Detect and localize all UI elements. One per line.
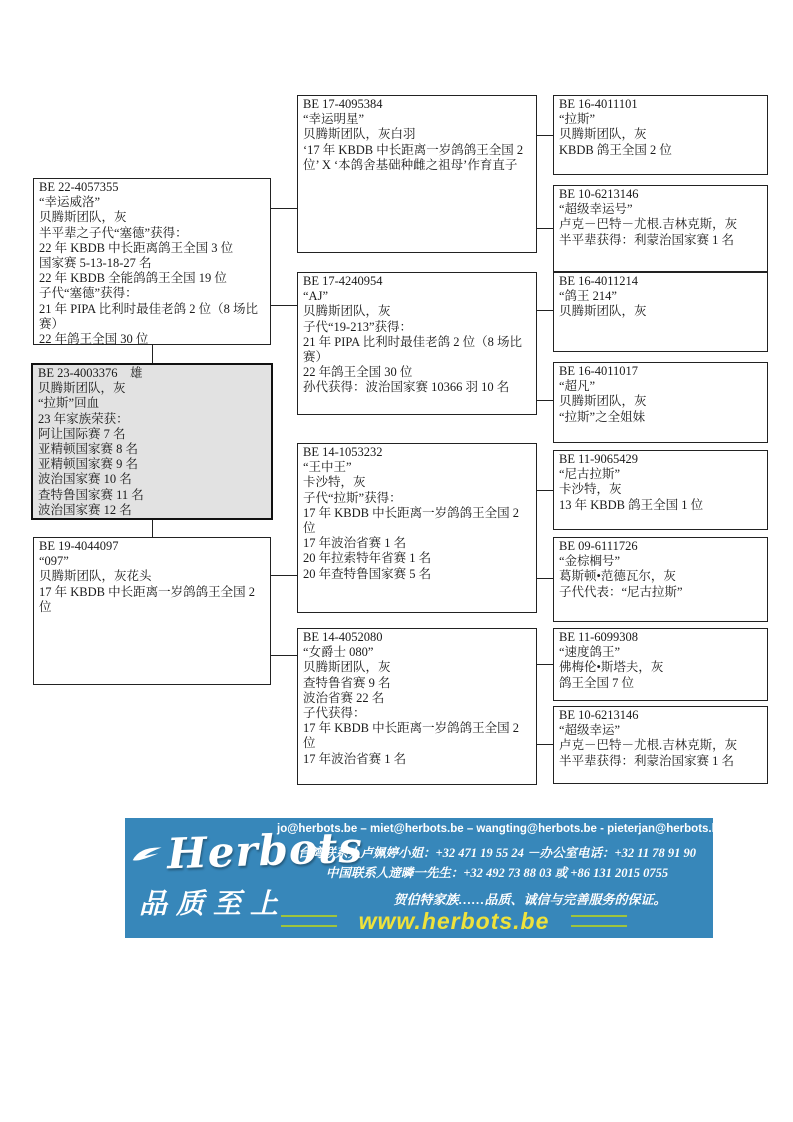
pedigree-text-line: BE 10-6213146: [559, 187, 763, 202]
pedigree-text-line: 20 年拉索特年省赛 1 名: [303, 551, 532, 566]
pedigree-box-paternal-grandfather: BE 17-4095384“幸运明星”贝腾斯团队，灰白羽‘17 年 KBDB 中…: [297, 95, 537, 253]
connector-hline: [537, 228, 553, 229]
website-row: www.herbots.be: [265, 908, 643, 934]
pedigree-text-line: 13 年 KBDB 鸽王全国 1 位: [559, 498, 763, 513]
pedigree-text-line: 波治省赛 22 名: [303, 691, 532, 706]
pedigree-text-line: “尼古拉斯”: [559, 467, 763, 482]
pedigree-text-line: 20 年查特鲁国家赛 5 名: [303, 567, 532, 582]
pedigree-text-line: 17 年 KBDB 中长距离一岁鸽鸽王全国 2 位: [303, 506, 532, 536]
pedigree-text-line: 17 年波治省赛 1 名: [303, 752, 532, 767]
pedigree-box-great-grandparent-6: BE 09-6111726“金棕榈号”葛斯顿•范德瓦尔，灰子代代表：“尼古拉斯”: [553, 537, 768, 622]
taiwan-contact-line: 台湾联系人卢姵婷小姐：+32 471 19 55 24 －办公室电话：+32 1…: [285, 843, 709, 861]
connector-hline: [537, 744, 553, 745]
pedigree-text-line: 贝腾斯团队，灰: [39, 210, 266, 225]
pedigree-text-line: 半平辈获得：利蒙治国家赛 1 名: [559, 233, 763, 248]
pedigree-text-line: “女爵士 080”: [303, 645, 532, 660]
pedigree-text-line: 21 年 PIPA 比利时最佳老鸽 2 位（8 场比赛）: [303, 335, 532, 365]
family-slogan: 贺伯特家族……品质、诚信与完善服务的保证。: [355, 889, 705, 908]
pedigree-text-line: 子代“拉斯”获得：: [303, 491, 532, 506]
pedigree-text-line: BE 14-1053232: [303, 445, 532, 460]
pedigree-text-line: “幸运威洛”: [39, 195, 266, 210]
pedigree-text-line: “王中王”: [303, 460, 532, 475]
pedigree-text-line: 佛梅伦•斯塔夫，灰: [559, 660, 763, 675]
pedigree-text-line: “拉斯”之全姐妹: [559, 410, 763, 425]
pedigree-text-line: “097”: [39, 554, 266, 569]
pedigree-text-line: 22 年鸽王全国 30 位: [39, 332, 266, 345]
pedigree-text-line: “超级幸运”: [559, 723, 763, 738]
connector-hline: [537, 664, 553, 665]
pedigree-text-line: BE 11-6099308: [559, 630, 763, 645]
pedigree-text-line: 贝腾斯团队，灰花头: [39, 569, 266, 584]
pedigree-text-line: “鸽王 214”: [559, 289, 763, 304]
pedigree-box-maternal-grandmother: BE 14-4052080“女爵士 080”贝腾斯团队，灰查特鲁省赛 9 名波治…: [297, 628, 537, 785]
pedigree-text-line: BE 23-4003376 雄: [38, 366, 267, 381]
pedigree-text-line: 17 年波治省赛 1 名: [303, 536, 532, 551]
china-contact-line: 中国联系人遆暽一先生：+32 492 73 88 03 或 +86 131 20…: [285, 863, 709, 881]
accent-line-right: [571, 915, 627, 927]
pedigree-text-line: 贝腾斯团队，灰: [303, 304, 532, 319]
pedigree-text-line: “金棕榈号”: [559, 554, 763, 569]
pedigree-text-line: 17 年 KBDB 中长距离一岁鸽鸽王全国 2 位: [39, 585, 266, 615]
pedigree-text-line: 贝腾斯团队，灰: [559, 304, 763, 319]
pedigree-box-great-grandparent-5: BE 11-9065429“尼古拉斯”卡沙特，灰13 年 KBDB 鸽王全国 1…: [553, 450, 768, 530]
pedigree-text-line: 17 年 KBDB 中长距离一岁鸽鸽王全国 2 位: [303, 721, 532, 751]
pedigree-text-line: 子代获得：: [303, 706, 532, 721]
pedigree-box-great-grandparent-4: BE 16-4011017“超凡”贝腾斯团队，灰“拉斯”之全姐妹: [553, 362, 768, 443]
connector-hline: [537, 135, 553, 136]
connector-hline: [537, 490, 553, 491]
pedigree-text-line: 阿让国际赛 7 名: [38, 427, 267, 442]
pedigree-box-great-grandparent-8: BE 10-6213146“超级幸运”卢克－巴特－尤根.吉林克斯，灰半平辈获得：…: [553, 706, 768, 784]
pedigree-text-line: “幸运明星”: [303, 112, 532, 127]
pedigree-text-line: BE 19-4044097: [39, 539, 266, 554]
pedigree-text-line: 贝腾斯团队，灰白羽: [303, 127, 532, 142]
pedigree-text-line: 贝腾斯团队，灰: [303, 660, 532, 675]
pedigree-text-line: 查特鲁国家赛 11 名: [38, 488, 267, 503]
connector-hline: [537, 310, 553, 311]
feather-icon: [131, 843, 165, 869]
pedigree-text-line: “AJ”: [303, 289, 532, 304]
pedigree-text-line: “拉斯”: [559, 112, 763, 127]
pedigree-text-line: 子代“塞德”获得：: [39, 286, 266, 301]
contact-emails: jo@herbots.be – miet@herbots.be – wangti…: [277, 823, 713, 835]
pedigree-text-line: 22 年 KBDB 全能鸽鸽王全国 19 位: [39, 271, 266, 286]
pedigree-text-line: “拉斯”回血: [38, 396, 267, 411]
connector-hline: [271, 575, 297, 576]
pedigree-text-line: BE 14-4052080: [303, 630, 532, 645]
pedigree-text-line: BE 11-9065429: [559, 452, 763, 467]
connector-hline: [271, 208, 297, 209]
pedigree-text-line: 贝腾斯团队，灰: [38, 381, 267, 396]
pedigree-box-paternal-grandmother: BE 17-4240954“AJ”贝腾斯团队，灰子代“19-213”获得：21 …: [297, 272, 537, 415]
pedigree-box-father: BE 22-4057355“幸运威洛”贝腾斯团队，灰半平辈之子代“塞德”获得：2…: [33, 178, 271, 345]
connector-hline: [271, 305, 297, 306]
pedigree-text-line: 贝腾斯团队，灰: [559, 394, 763, 409]
pedigree-text-line: ‘17 年 KBDB 中长距离一岁鸽鸽王全国 2 位’ X ‘本鸽舍基础种雌之祖…: [303, 143, 532, 173]
pedigree-text-line: KBDB 鸽王全国 2 位: [559, 143, 763, 158]
pedigree-text-line: BE 22-4057355: [39, 180, 266, 195]
pedigree-text-line: “超凡”: [559, 379, 763, 394]
pedigree-box-great-grandparent-1: BE 16-4011101“拉斯”贝腾斯团队，灰KBDB 鸽王全国 2 位: [553, 95, 768, 175]
pedigree-text-line: BE 16-4011101: [559, 97, 763, 112]
pedigree-box-great-grandparent-7: BE 11-6099308“速度鸽王”佛梅伦•斯塔夫，灰鸽王全国 7 位: [553, 628, 768, 701]
herbots-banner: Herbots 品质至上 jo@herbots.be – miet@herbot…: [125, 818, 713, 938]
pedigree-text-line: 波治国家赛 12 名: [38, 503, 267, 518]
pedigree-text-line: BE 17-4240954: [303, 274, 532, 289]
pedigree-text-line: 子代代表：“尼古拉斯”: [559, 585, 763, 600]
pedigree-text-line: BE 09-6111726: [559, 539, 763, 554]
pedigree-text-line: 孙代获得：波治国家赛 10366 羽 10 名: [303, 380, 532, 395]
pedigree-text-line: 22 年 KBDB 中长距离鸽王全国 3 位: [39, 241, 266, 256]
pedigree-text-line: 21 年 PIPA 比利时最佳老鸽 2 位（8 场比赛）: [39, 302, 266, 332]
pedigree-text-line: 半平辈之子代“塞德”获得：: [39, 226, 266, 241]
connector-vline: [152, 345, 153, 363]
connector-vline: [152, 520, 153, 537]
pedigree-box-mother: BE 19-4044097“097”贝腾斯团队，灰花头17 年 KBDB 中长距…: [33, 537, 271, 685]
pedigree-text-line: 波治国家赛 10 名: [38, 472, 267, 487]
pedigree-text-line: 贝腾斯团队，灰: [559, 127, 763, 142]
website-url: www.herbots.be: [359, 908, 550, 935]
pedigree-box-maternal-grandfather: BE 14-1053232“王中王”卡沙特，灰子代“拉斯”获得：17 年 KBD…: [297, 443, 537, 613]
pedigree-text-line: 葛斯顿•范德瓦尔，灰: [559, 569, 763, 584]
pedigree-text-line: BE 10-6213146: [559, 708, 763, 723]
pedigree-text-line: 卡沙特，灰: [559, 482, 763, 497]
pedigree-text-line: 卡沙特，灰: [303, 475, 532, 490]
connector-hline: [271, 655, 297, 656]
pedigree-box-great-grandparent-2: BE 10-6213146“超级幸运号”卢克－巴特－尤根.吉林克斯，灰半平辈获得…: [553, 185, 768, 272]
pedigree-page: BE 22-4057355“幸运威洛”贝腾斯团队，灰半平辈之子代“塞德”获得：2…: [0, 0, 793, 1122]
pedigree-text-line: BE 16-4011017: [559, 364, 763, 379]
connector-hline: [537, 400, 553, 401]
pedigree-text-line: 22 年鸽王全国 30 位: [303, 365, 532, 380]
pedigree-text-line: 23 年家族荣获：: [38, 412, 267, 427]
pedigree-text-line: 子代“19-213”获得：: [303, 320, 532, 335]
pedigree-box-subject: BE 23-4003376 雄贝腾斯团队，灰“拉斯”回血23 年家族荣获：阿让国…: [31, 363, 273, 520]
pedigree-text-line: 查特鲁省赛 9 名: [303, 676, 532, 691]
pedigree-text-line: 卢克－巴特－尤根.吉林克斯，灰: [559, 738, 763, 753]
pedigree-text-line: 卢克－巴特－尤根.吉林克斯，灰: [559, 217, 763, 232]
accent-line-left: [281, 915, 337, 927]
pedigree-text-line: 亚精顿国家赛 8 名: [38, 442, 267, 457]
connector-hline: [537, 578, 553, 579]
pedigree-text-line: “速度鸽王”: [559, 645, 763, 660]
pedigree-text-line: 半平辈获得：利蒙治国家赛 1 名: [559, 754, 763, 769]
pedigree-box-great-grandparent-3: BE 16-4011214“鸽王 214”贝腾斯团队，灰: [553, 272, 768, 352]
pedigree-text-line: BE 16-4011214: [559, 274, 763, 289]
pedigree-text-line: BE 17-4095384: [303, 97, 532, 112]
pedigree-text-line: 亚精顿国家赛 9 名: [38, 457, 267, 472]
pedigree-text-line: 国家赛 5-13-18-27 名: [39, 256, 266, 271]
pedigree-text-line: “超级幸运号”: [559, 202, 763, 217]
pedigree-text-line: 鸽王全国 7 位: [559, 676, 763, 691]
